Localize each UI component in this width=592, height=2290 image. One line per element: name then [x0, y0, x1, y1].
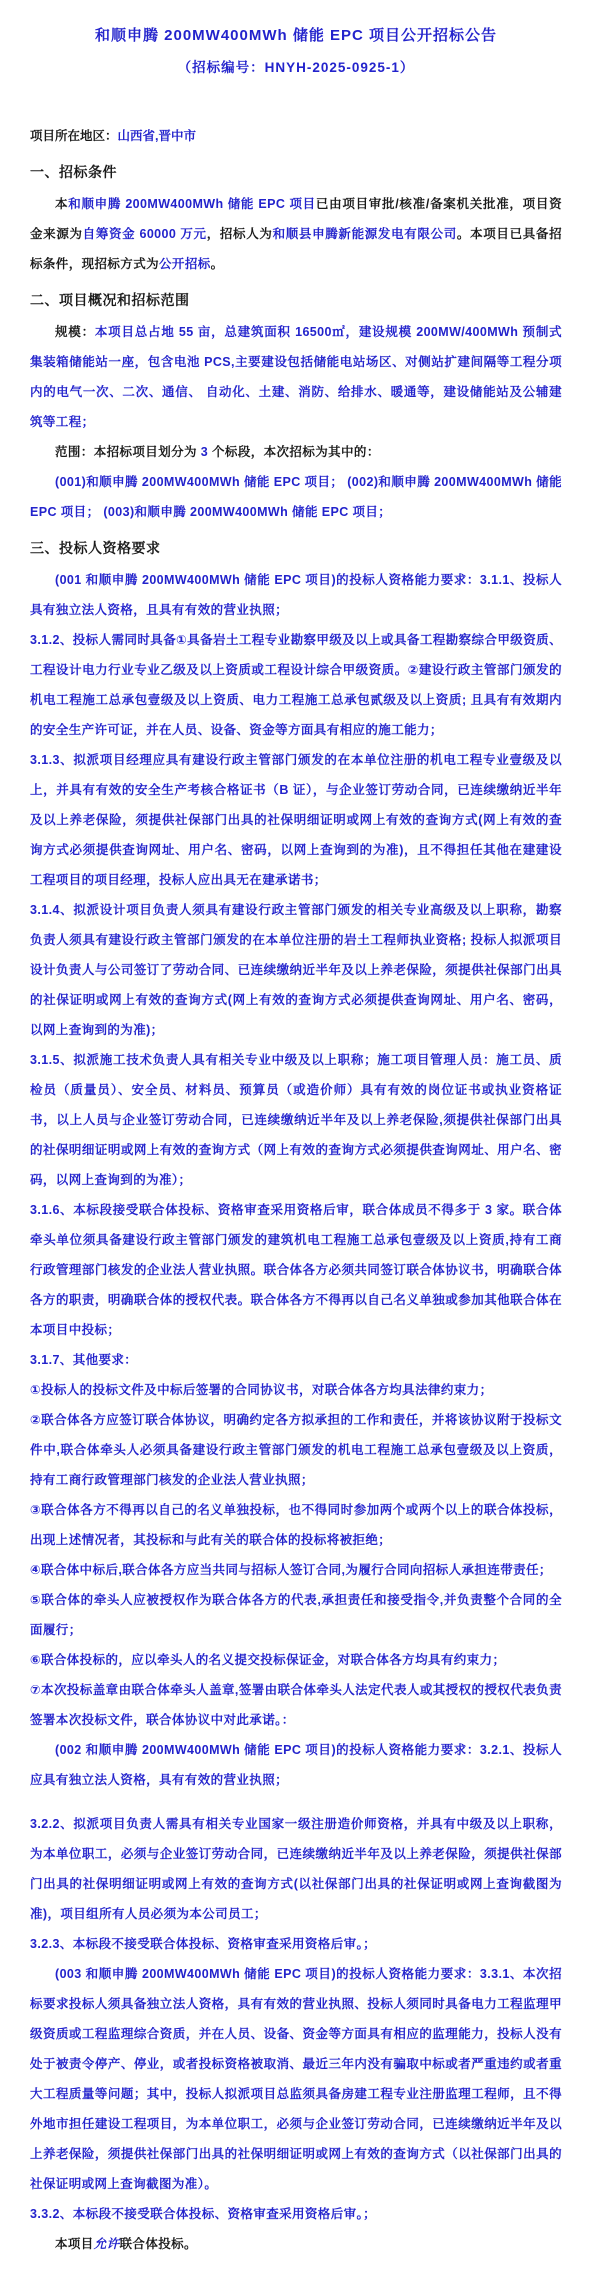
text-segment: 联合体投标。 — [120, 2237, 197, 2251]
text-segment: 个标段，本次招标为其中的： — [208, 445, 380, 459]
consortium-allowed-line: 本项目允许联合体投标。 — [30, 2229, 562, 2259]
tender-announcement-document: 和顺申腾 200MW400MWh 储能 EPC 项目公开招标公告（招标编号：HN… — [0, 26, 592, 2259]
text-segment: 3.3.2、本标段不接受联合体投标、资格审查采用资格后审。； — [30, 2207, 376, 2221]
text-segment: ①投标人的投标文件及中标后签署的合同协议书，对联合体各方均具法律约束力； — [30, 1383, 493, 1397]
clause-3-2-2: 3.2.2、拟派项目负责人需具有相关专业国家一级注册造价师资格，并具有中级及以上… — [30, 1809, 562, 1929]
lot-001-requirements-intro: (001 和顺申腾 200MW400MWh 储能 EPC 项目)的投标人资格能力… — [30, 565, 562, 625]
scope-paragraph: 范围：本招标项目划分为 3 个标段，本次招标为其中的： — [30, 437, 562, 467]
clause-3-1-7: 3.1.7、其他要求： — [30, 1345, 562, 1375]
text-segment: 3.1.5、拟派施工技术负责人具有相关专业中级及以上职称；施工项目管理人员：施工… — [30, 1053, 562, 1187]
doc-title: 和顺申腾 200MW400MWh 储能 EPC 项目公开招标公告 — [30, 26, 562, 46]
text-segment: 范围：本招标项目划分为 — [55, 445, 201, 459]
other-requirement-4: ④联合体中标后,联合体各方应当共同与招标人签订合同,为履行合同向招标人承担连带责… — [30, 1555, 562, 1585]
clause-3-1-4: 3.1.4、拟派设计项目负责人须具有建设行政主管部门颁发的相关专业高级及以上职称… — [30, 895, 562, 1045]
other-requirement-5: ⑤联合体的牵头人应被授权作为联合体各方的代表,承担责任和接受指令,并负责整个合同… — [30, 1585, 562, 1645]
text-segment: 3.1.3、拟派项目经理应具有建设行政主管部门颁发的在本单位注册的机电工程专业壹… — [30, 753, 562, 887]
section-heading-bidder-qualifications: 三、投标人资格要求 — [30, 533, 562, 563]
text-segment: （招标编号：HNYH-2025-0925-1） — [178, 60, 415, 75]
other-requirement-1: ①投标人的投标文件及中标后签署的合同协议书，对联合体各方均具法律约束力； — [30, 1375, 562, 1405]
clause-3-1-3: 3.1.3、拟派项目经理应具有建设行政主管部门颁发的在本单位注册的机电工程专业壹… — [30, 745, 562, 895]
clause-3-1-5: 3.1.5、拟派施工技术负责人具有相关专业中级及以上职称；施工项目管理人员：施工… — [30, 1045, 562, 1195]
text-segment: 3.2.3、本标段不接受联合体投标、资格审查采用资格后审。； — [30, 1937, 376, 1951]
text-segment: 自筹资金 60000 万元 — [83, 227, 207, 241]
lot-002-requirements-intro: (002 和顺申腾 200MW400MWh 储能 EPC 项目)的投标人资格能力… — [30, 1735, 562, 1795]
text-segment: 规模： — [55, 325, 95, 339]
text-segment: ②联合体各方应签订联合体协议，明确约定各方拟承担的工作和责任，并将该协议附于投标… — [30, 1413, 562, 1487]
text-segment: 3.1.7、其他要求： — [30, 1353, 137, 1367]
text-segment: 和顺申腾 200MW400MWh 储能 EPC 项目 — [68, 197, 316, 211]
text-segment: 项目所在地区： — [30, 129, 118, 143]
text-segment: 3.1.6、本标段接受联合体投标、资格审查采用资格后审，联合体成员不得多于 3 … — [30, 1203, 562, 1337]
text-segment: 本项目 — [55, 2237, 94, 2251]
other-requirement-6: ⑥联合体投标的，应以牵头人的名义提交投标保证金，对联合体各方均具有约束力； — [30, 1645, 562, 1675]
text-segment: ⑦本次投标盖章由联合体牵头人盖章,签署由联合体牵头人法定代表人或其授权的授权代表… — [30, 1683, 562, 1727]
text-segment: ③联合体各方不得再以自己的名义单独投标，也不得同时参加两个或两个以上的联合体投标… — [30, 1503, 562, 1547]
section-heading-project-overview: 二、项目概况和招标范围 — [30, 285, 562, 315]
clause-3-1-6: 3.1.6、本标段接受联合体投标、资格审查采用资格后审，联合体成员不得多于 3 … — [30, 1195, 562, 1345]
text-segment: 三、投标人资格要求 — [30, 540, 161, 556]
clause-3-1-2: 3.1.2、投标人需同时具备①具备岩土工程专业勘察甲级及以上或具备工程勘察综合甲… — [30, 625, 562, 745]
text-segment: 一、招标条件 — [30, 164, 117, 180]
clause-3-2-3: 3.2.3、本标段不接受联合体投标、资格审查采用资格后审。； — [30, 1929, 562, 1959]
text-segment: (002 和顺申腾 200MW400MWh 储能 EPC 项目)的投标人资格能力… — [30, 1743, 562, 1787]
tender-number: （招标编号：HNYH-2025-0925-1） — [30, 59, 562, 77]
text-segment: 本项目总占地 55 亩，总建筑面积 16500㎡，建设规模 200MW/400M… — [30, 325, 562, 429]
text-segment: 3.1.4、拟派设计项目负责人须具有建设行政主管部门颁发的相关专业高级及以上职称… — [30, 903, 562, 1037]
text-segment: ，招标人为 — [207, 227, 273, 241]
section-heading-tender-conditions: 一、招标条件 — [30, 157, 562, 187]
text-segment: 和顺县申腾新能源发电有限公司 — [273, 227, 457, 241]
tender-conditions-paragraph: 本和顺申腾 200MW400MWh 储能 EPC 项目已由项目审批/核准/备案机… — [30, 189, 562, 279]
text-segment: 和顺申腾 200MW400MWh 储能 EPC 项目公开招标公告 — [95, 27, 497, 44]
text-segment: (003 和顺申腾 200MW400MWh 储能 EPC 项目)的投标人资格能力… — [30, 1967, 562, 2191]
lot-003-requirements-intro: (003 和顺申腾 200MW400MWh 储能 EPC 项目)的投标人资格能力… — [30, 1959, 562, 2199]
text-segment: (001 和顺申腾 200MW400MWh 储能 EPC 项目)的投标人资格能力… — [30, 573, 562, 617]
clause-3-3-2: 3.3.2、本标段不接受联合体投标、资格审查采用资格后审。； — [30, 2199, 562, 2229]
text-segment: 允许 — [94, 2237, 120, 2251]
other-requirement-3: ③联合体各方不得再以自己的名义单独投标，也不得同时参加两个或两个以上的联合体投标… — [30, 1495, 562, 1555]
scale-paragraph: 规模：本项目总占地 55 亩，总建筑面积 16500㎡，建设规模 200MW/4… — [30, 317, 562, 437]
text-segment: 公开招标 — [159, 257, 211, 271]
text-segment: 二、项目概况和招标范围 — [30, 292, 190, 308]
other-requirement-7: ⑦本次投标盖章由联合体牵头人盖章,签署由联合体牵头人法定代表人或其授权的授权代表… — [30, 1675, 562, 1735]
text-segment: 3.2.2、拟派项目负责人需具有相关专业国家一级注册造价师资格，并具有中级及以上… — [30, 1817, 562, 1921]
text-segment: 本 — [55, 197, 68, 211]
text-segment: 3.1.2、投标人需同时具备①具备岩土工程专业勘察甲级及以上或具备工程勘察综合甲… — [30, 633, 562, 737]
text-segment: ⑤联合体的牵头人应被授权作为联合体各方的代表,承担责任和接受指令,并负责整个合同… — [30, 1593, 562, 1637]
text-segment: (001)和顺申腾 200MW400MWh 储能 EPC 项目； (002)和顺… — [30, 475, 562, 519]
text-segment: 山西省,晋中市 — [118, 129, 196, 143]
text-segment: ⑥联合体投标的，应以牵头人的名义提交投标保证金，对联合体各方均具有约束力； — [30, 1653, 505, 1667]
project-location-line: 项目所在地区：山西省,晋中市 — [30, 121, 562, 151]
text-segment: 。 — [211, 257, 224, 271]
other-requirement-2: ②联合体各方应签订联合体协议，明确约定各方拟承担的工作和责任，并将该协议附于投标… — [30, 1405, 562, 1495]
text-segment: ④联合体中标后,联合体各方应当共同与招标人签订合同,为履行合同向招标人承担连带责… — [30, 1563, 552, 1577]
lot-list-paragraph: (001)和顺申腾 200MW400MWh 储能 EPC 项目； (002)和顺… — [30, 467, 562, 527]
